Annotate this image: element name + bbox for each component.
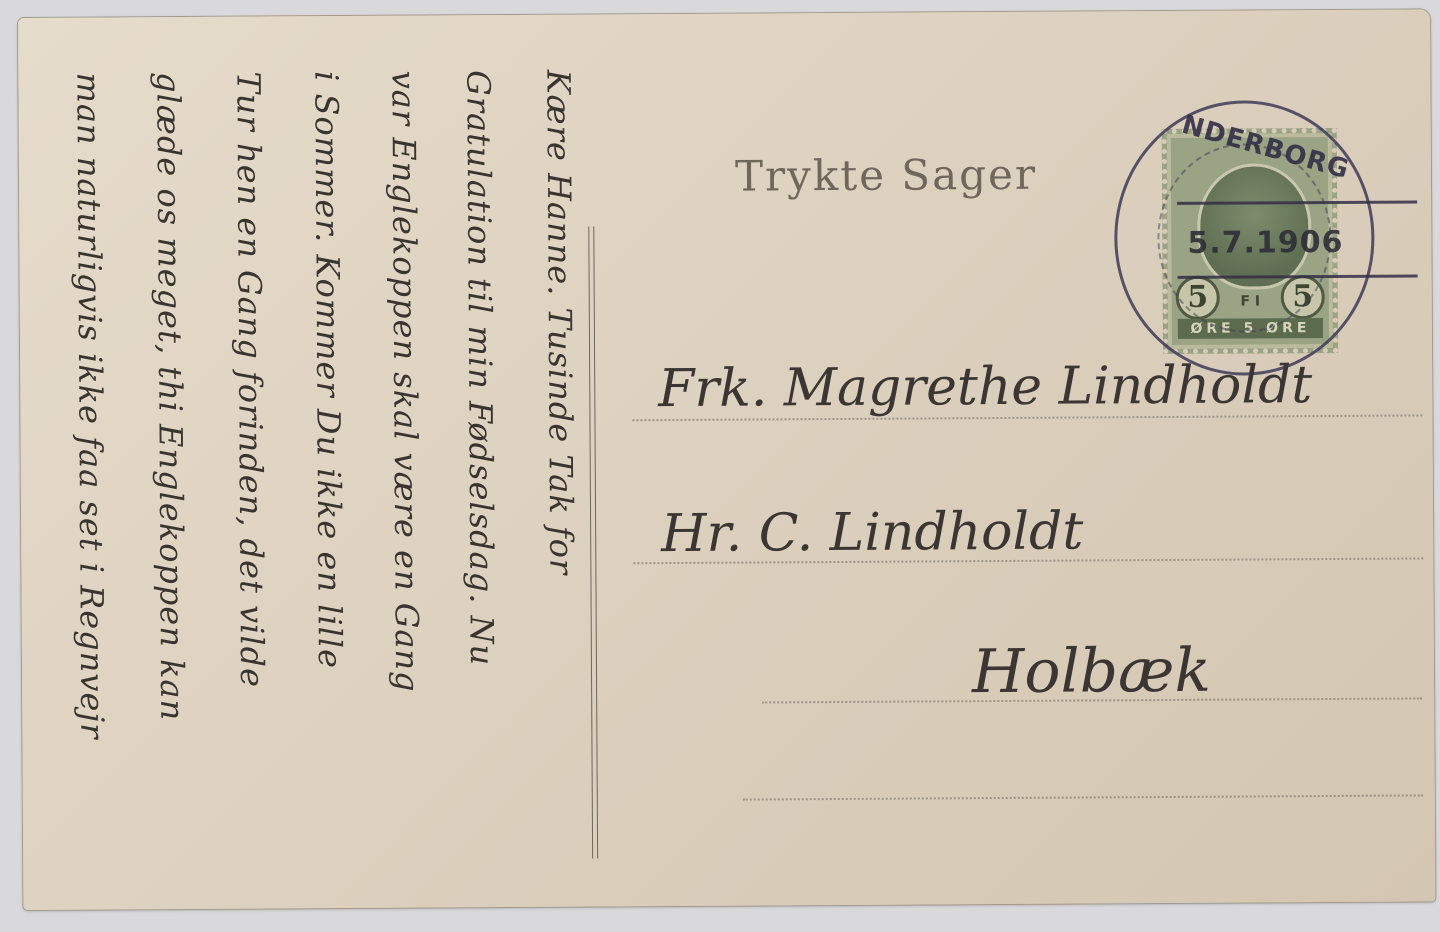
postmark: NDERBORG 5.7.1906: [1114, 100, 1376, 377]
message-line: Tur hen en Gang forinden, det vilde: [228, 41, 273, 901]
message-line: i Sommer. Kommer Du ikke en lille: [306, 41, 351, 901]
message-line: Gratulation til min Fødselsdag. Nu: [458, 40, 503, 900]
postmark-date: 5.7.1906: [1187, 225, 1343, 261]
handwritten-message: Kære Hanne. Tusinde Tak for Gratulation …: [48, 39, 603, 902]
address-town: Holbæk: [972, 636, 1211, 707]
postcard: Kære Hanne. Tusinde Tak for Gratulation …: [18, 9, 1435, 910]
message-line: Kære Hanne. Tusinde Tak for: [538, 40, 583, 900]
message-line: man naturligvis ikke faa set i Regnvejr: [68, 42, 113, 902]
address-guide-line: [743, 794, 1423, 800]
message-line: glæde os meget, thi Englekoppen kan: [148, 42, 193, 902]
address-recipient: Frk. Magrethe Lindholdt: [658, 355, 1312, 419]
printed-title: Trykte Sager: [735, 150, 1037, 201]
address-care-of: Hr. C. Lindholdt: [661, 502, 1083, 565]
message-line: var Englekoppen skal være en Gang: [383, 41, 428, 901]
